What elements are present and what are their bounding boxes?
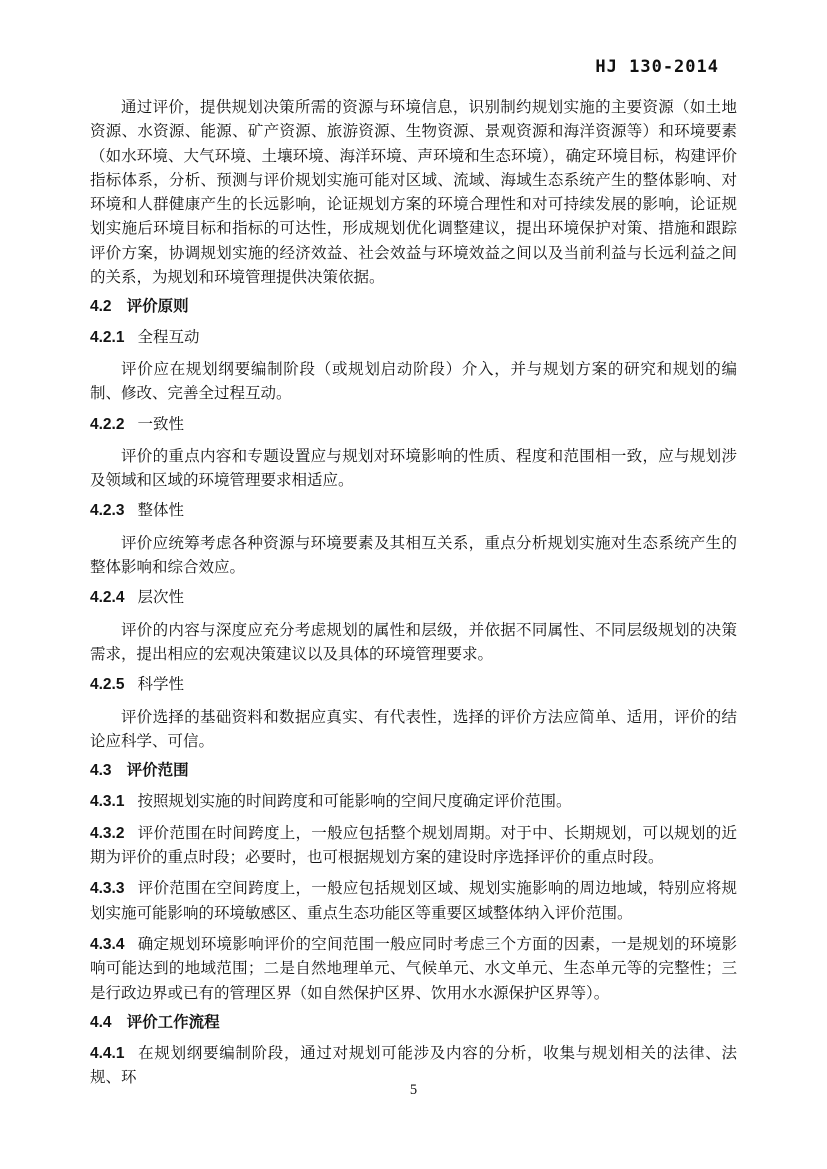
heading-number: 4.2.3 — [90, 502, 124, 519]
heading-title: 全程互动 — [137, 329, 199, 346]
document-header-code: HJ 130-2014 — [595, 57, 719, 77]
subsection-heading: 4.2.3整体性 — [90, 499, 737, 523]
document-page: HJ 130-2014 通过评价，提供规划决策所需的资源与环境信息，识别制约规划… — [0, 0, 827, 1169]
subsection-heading: 4.2.4层次性 — [90, 586, 737, 610]
clause-text: 在规划纲要编制阶段，通过对规划可能涉及内容的分析，收集与规划相关的法律、法规、环 — [90, 1045, 737, 1086]
heading-number: 4.3 — [90, 762, 112, 779]
heading-number: 4.2 — [90, 298, 112, 315]
heading-title: 整体性 — [137, 502, 184, 519]
subsection-heading: 4.2.2一致性 — [90, 413, 737, 437]
section-heading: 4.3评价范围 — [90, 759, 737, 783]
clause-text: 评价范围在时间跨度上，一般应包括整个规划周期。对于中、长期规划，可以规划的近期为… — [90, 825, 737, 866]
heading-number: 4.4 — [90, 1014, 112, 1031]
clause-text: 按照规划实施的时间跨度和可能影响的空间尺度确定评价范围。 — [137, 793, 571, 810]
heading-title: 评价工作流程 — [127, 1014, 220, 1031]
subsection-heading: 4.2.5科学性 — [90, 673, 737, 697]
heading-title: 评价原则 — [127, 298, 189, 315]
heading-title: 层次性 — [137, 589, 184, 606]
clause-number: 4.3.3 — [90, 880, 124, 897]
heading-number: 4.2.2 — [90, 416, 124, 433]
clause-paragraph: 4.3.4确定规划环境影响评价的空间范围一般应同时考虑三个方面的因素，一是规划的… — [90, 933, 737, 1006]
body-paragraph: 评价选择的基础资料和数据应真实、有代表性，选择的评价方法应简单、适用，评价的结论… — [90, 706, 737, 755]
heading-number: 4.2.4 — [90, 589, 124, 606]
clause-paragraph: 4.3.2评价范围在时间跨度上，一般应包括整个规划周期。对于中、长期规划，可以规… — [90, 822, 737, 871]
clause-number: 4.4.1 — [90, 1045, 124, 1062]
heading-title: 一致性 — [137, 416, 184, 433]
clause-number: 4.3.4 — [90, 936, 124, 953]
page-number: 5 — [0, 1082, 827, 1099]
body-paragraph: 评价应在规划纲要编制阶段（或规划启动阶段）介入，并与规划方案的研究和规划的编制、… — [90, 358, 737, 407]
document-body: 通过评价，提供规划决策所需的资源与环境信息，识别制约规划实施的主要资源（如土地资… — [90, 88, 737, 1091]
heading-title: 评价范围 — [127, 762, 189, 779]
body-paragraph: 评价应统筹考虑各种资源与环境要素及其相互关系，重点分析规划实施对生态系统产生的整… — [90, 532, 737, 581]
clause-text: 确定规划环境影响评价的空间范围一般应同时考虑三个方面的因素，一是规划的环境影响可… — [90, 936, 737, 1002]
heading-number: 4.2.1 — [90, 329, 124, 346]
body-paragraph: 通过评价，提供规划决策所需的资源与环境信息，识别制约规划实施的主要资源（如土地资… — [90, 96, 737, 290]
subsection-heading: 4.2.1全程互动 — [90, 326, 737, 350]
body-paragraph: 评价的重点内容和专题设置应与规划对环境影响的性质、程度和范围相一致，应与规划涉及… — [90, 445, 737, 494]
heading-title: 科学性 — [137, 676, 184, 693]
section-heading: 4.2评价原则 — [90, 295, 737, 319]
body-paragraph: 评价的内容与深度应充分考虑规划的属性和层级，并依据不同属性、不同层级规划的决策需… — [90, 619, 737, 668]
heading-number: 4.2.5 — [90, 676, 124, 693]
clause-number: 4.3.1 — [90, 793, 124, 810]
section-heading: 4.4评价工作流程 — [90, 1011, 737, 1035]
clause-paragraph: 4.3.1按照规划实施的时间跨度和可能影响的空间尺度确定评价范围。 — [90, 790, 737, 814]
clause-paragraph: 4.3.3评价范围在空间跨度上，一般应包括规划区域、规划实施影响的周边地域，特别… — [90, 877, 737, 926]
clause-number: 4.3.2 — [90, 825, 124, 842]
clause-text: 评价范围在空间跨度上，一般应包括规划区域、规划实施影响的周边地域，特别应将规划实… — [90, 880, 737, 921]
